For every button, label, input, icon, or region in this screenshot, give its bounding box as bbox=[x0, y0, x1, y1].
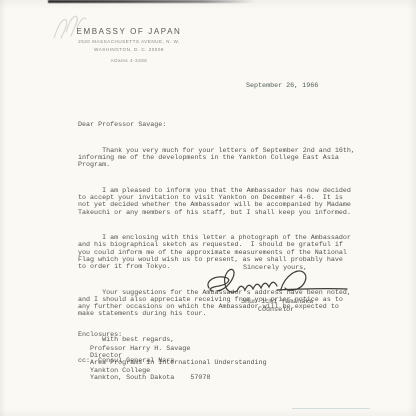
letterhead-phone: ADams 4-2266 bbox=[58, 58, 200, 63]
letterhead-address-line1: 2520 MASSACHUSETTS AVENUE, N. W. bbox=[58, 39, 200, 45]
letterhead-address-line2: WASHINGTON, D. C. 20008 bbox=[58, 47, 200, 53]
recipient-address-block: Professor Harry H. Savage Director Area … bbox=[90, 346, 267, 382]
letter-date: September 26, 1966 bbox=[246, 82, 318, 90]
paragraph-1: Thank you very much for your letters of … bbox=[78, 148, 358, 170]
scan-edge-artifact bbox=[48, 0, 255, 3]
enclosures-line: Enclosures: bbox=[78, 332, 174, 339]
signer-name: Shun-ichi Yamanaka bbox=[241, 298, 313, 306]
scanned-letter-page: { "letterhead": { "title": "EMBASSY OF J… bbox=[0, 0, 416, 416]
letterhead-title: EMBASSY OF JAPAN bbox=[58, 27, 200, 36]
paragraph-2: I am pleased to inform you that the Amba… bbox=[78, 188, 358, 217]
letterhead: EMBASSY OF JAPAN 2520 MASSACHUSETTS AVEN… bbox=[58, 27, 200, 63]
scan-line-artifact bbox=[292, 408, 370, 409]
signer-title: Counselor bbox=[258, 306, 294, 314]
salutation: Dear Professor Savage: bbox=[78, 122, 358, 129]
